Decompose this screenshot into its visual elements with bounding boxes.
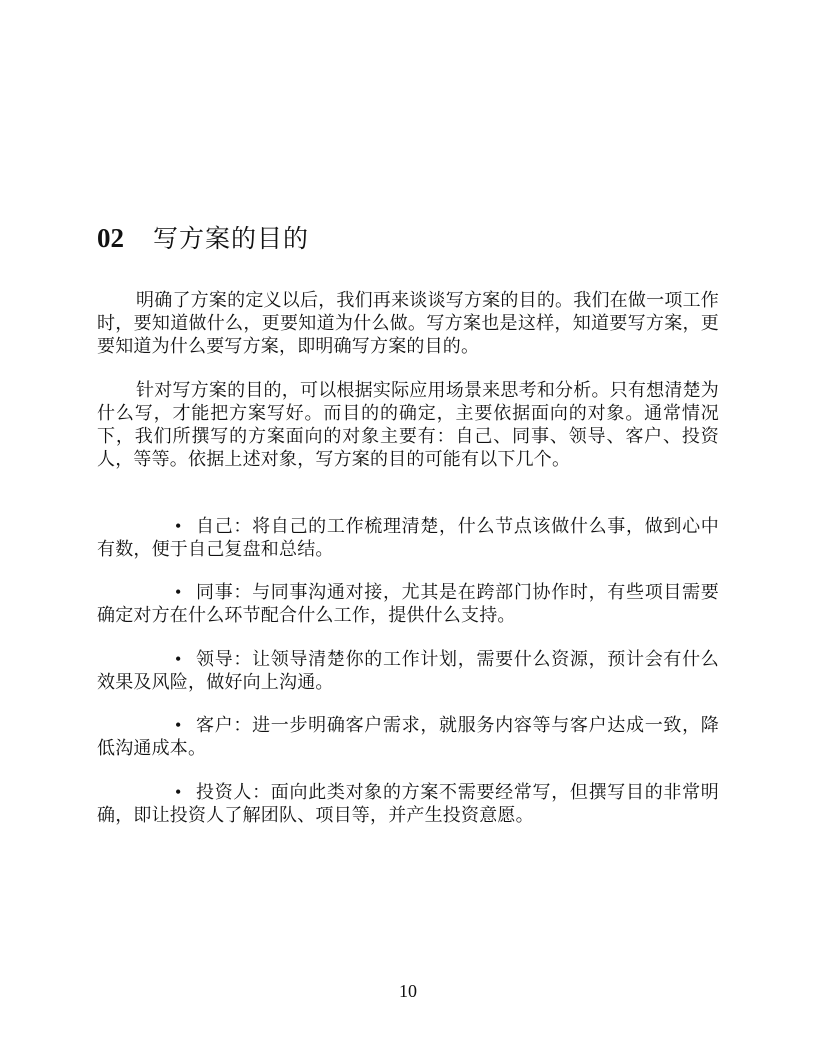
body-paragraph: 针对写方案的目的，可以根据实际应用场景来思考和分析。只有想清楚为什么写，才能把方… — [97, 379, 719, 471]
bullet-item-investor: •投资人：面向此类对象的方案不需要经常写，但撰写目的非常明确，即让投资人了解团队… — [97, 781, 719, 827]
section-title: 写方案的目的 — [153, 224, 309, 253]
bullet-icon: • — [136, 581, 182, 604]
section-heading: 02写方案的目的 — [97, 221, 309, 256]
bullet-text: 投资人：面向此类对象的方案不需要经常写，但撰写目的非常明确，即让投资人了解团队、… — [97, 782, 719, 826]
bullet-item-leader: •领导：让领导清楚你的工作计划，需要什么资源，预计会有什么效果及风险，做好向上沟… — [97, 648, 719, 694]
bullet-icon: • — [136, 781, 182, 804]
bullet-item-self: •自己：将自己的工作梳理清楚，什么节点该做什么事，做到心中有数，便于自己复盘和总… — [97, 515, 719, 561]
bullet-item-client: •客户：进一步明确客户需求，就服务内容等与客户达成一致，降低沟通成本。 — [97, 714, 719, 760]
bullet-icon: • — [136, 648, 182, 671]
bullet-item-colleague: •同事：与同事沟通对接，尤其是在跨部门协作时，有些项目需要确定对方在什么环节配合… — [97, 581, 719, 627]
bullet-text: 领导：让领导清楚你的工作计划，需要什么资源，预计会有什么效果及风险，做好向上沟通… — [97, 649, 719, 693]
bullet-text: 客户：进一步明确客户需求，就服务内容等与客户达成一致，降低沟通成本。 — [97, 715, 719, 759]
body-paragraph: 明确了方案的定义以后，我们再来谈谈写方案的目的。我们在做一项工作时，要知道做什么… — [97, 289, 719, 358]
bullet-text: 自己：将自己的工作梳理清楚，什么节点该做什么事，做到心中有数，便于自己复盘和总结… — [97, 516, 719, 560]
bullet-icon: • — [136, 515, 182, 538]
bullet-text: 同事：与同事沟通对接，尤其是在跨部门协作时，有些项目需要确定对方在什么环节配合什… — [97, 582, 719, 626]
page-number: 10 — [0, 981, 816, 1002]
section-number: 02 — [97, 221, 153, 255]
bullet-icon: • — [136, 714, 182, 737]
